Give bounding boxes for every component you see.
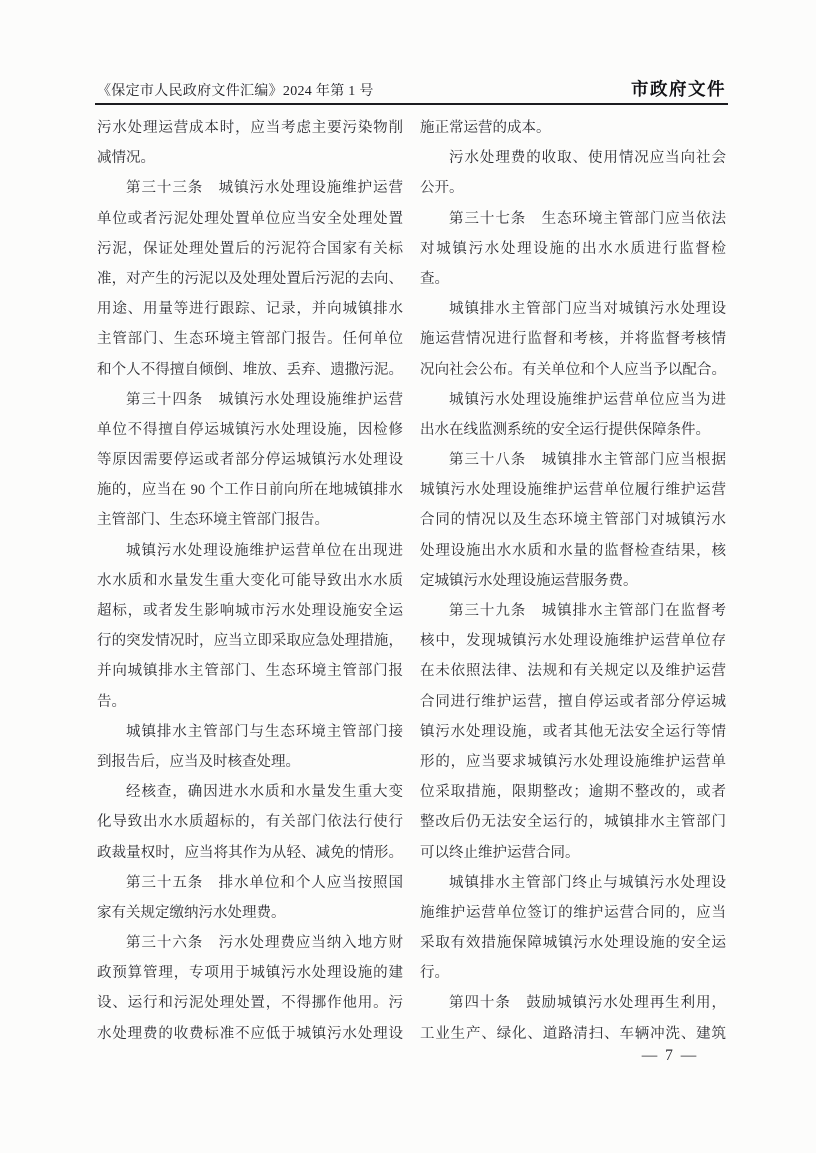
text-line: 主管部门、生态环境主管部门报告。 [97, 505, 403, 535]
text-line: 行的突发情况时，应当立即采取应急处理措施， [97, 626, 403, 656]
text-line: 城镇污水处理设施维护运营单位履行维护运营 [420, 475, 726, 505]
text-line: 采取有效措施保障城镇污水处理设施的安全运 [420, 928, 726, 958]
text-line: 况向社会公布。有关单位和个人应当予以配合。 [420, 355, 726, 385]
text-line: 城镇排水主管部门与生态环境主管部门接 [97, 717, 403, 747]
text-line: 在未依照法律、法规和有关规定以及维护运营 [420, 656, 726, 686]
header-compilation-title: 《保定市人民政府文件汇编》2024 年第 1 号 [97, 80, 517, 100]
text-line: 行。 [420, 958, 726, 988]
text-line: 定城镇污水处理设施运营服务费。 [420, 566, 726, 596]
text-line: 水处理费的收费标准不应低于城镇污水处理设 [97, 1019, 403, 1049]
text-line: 政预算管理，专项用于城镇污水处理设施的建 [97, 958, 403, 988]
text-line: 告。 [97, 687, 403, 717]
text-line: 污水处理运营成本时，应当考虑主要污染物削 [97, 113, 403, 143]
text-line: 核中，发现城镇污水处理设施维护运营单位存 [420, 626, 726, 656]
text-line: 城镇排水主管部门终止与城镇污水处理设 [420, 868, 726, 898]
text-line: 施正常运营的成本。 [420, 113, 726, 143]
text-line: 第四十条 鼓励城镇污水处理再生利用， [420, 988, 726, 1018]
text-line: 合同进行维护运营，擅自停运或者部分停运城 [420, 687, 726, 717]
text-line: 查。 [420, 264, 726, 294]
text-line: 第三十八条 城镇排水主管部门应当根据 [420, 445, 726, 475]
header-divider-rule [95, 103, 728, 105]
text-line: 第三十七条 生态环境主管部门应当依法 [420, 204, 726, 234]
text-line: 第三十六条 污水处理费应当纳入地方财 [97, 928, 403, 958]
text-line: 超标，或者发生影响城市污水处理设施安全运 [97, 596, 403, 626]
text-line: 第三十九条 城镇排水主管部门在监督考 [420, 596, 726, 626]
text-line: 合同的情况以及生态环境主管部门对城镇污水 [420, 505, 726, 535]
text-line: 第三十四条 城镇污水处理设施维护运营 [97, 385, 403, 415]
text-line: 对城镇污水处理设施的出水水质进行监督检 [420, 234, 726, 264]
left-column: 污水处理运营成本时，应当考虑主要污染物削减情况。第三十三条 城镇污水处理设施维护… [97, 113, 403, 1049]
text-line: 公开。 [420, 173, 726, 203]
text-line: 和个人不得擅自倾倒、堆放、丢弃、遗撒污泥。 [97, 355, 403, 385]
header-document-category: 市政府文件 [631, 76, 726, 101]
text-line: 单位或者污泥处理处置单位应当安全处理处置 [97, 204, 403, 234]
text-line: 可以终止维护运营合同。 [420, 838, 726, 868]
page-number: — 7 — [600, 1041, 740, 1071]
document-page: 《保定市人民政府文件汇编》2024 年第 1 号 市政府文件 污水处理运营成本时… [0, 0, 816, 1153]
text-line: 家有关规定缴纳污水处理费。 [97, 898, 403, 928]
text-line: 政裁量权时，应当将其作为从轻、减免的情形。 [97, 838, 403, 868]
text-line: 污水处理费的收取、使用情况应当向社会 [420, 143, 726, 173]
text-line: 经核查，确因进水水质和水量发生重大变 [97, 777, 403, 807]
text-line: 镇污水处理设施，或者其他无法安全运行等情 [420, 717, 726, 747]
text-line: 处理设施出水水质和水量的监督检查结果，核 [420, 536, 726, 566]
text-line: 等原因需要停运或者部分停运城镇污水处理设 [97, 445, 403, 475]
text-line: 城镇污水处理设施维护运营单位应当为进 [420, 385, 726, 415]
text-line: 施的，应当在 90 个工作日前向所在地城镇排水 [97, 475, 403, 505]
right-column: 施正常运营的成本。污水处理费的收取、使用情况应当向社会公开。第三十七条 生态环境… [420, 113, 726, 1049]
text-line: 城镇排水主管部门应当对城镇污水处理设 [420, 294, 726, 324]
text-line: 设、运行和污泥处理处置，不得挪作他用。污 [97, 988, 403, 1018]
text-line: 用途、用量等进行跟踪、记录，并向城镇排水 [97, 294, 403, 324]
text-line: 施运营情况进行监督和考核，并将监督考核情 [420, 324, 726, 354]
text-line: 整改后仍无法安全运行的，城镇排水主管部门 [420, 807, 726, 837]
text-line: 水水质和水量发生重大变化可能导致出水水质 [97, 566, 403, 596]
text-line: 第三十三条 城镇污水处理设施维护运营 [97, 173, 403, 203]
text-line: 城镇污水处理设施维护运营单位在出现进 [97, 536, 403, 566]
text-line: 减情况。 [97, 143, 403, 173]
text-line: 并向城镇排水主管部门、生态环境主管部门报 [97, 656, 403, 686]
text-line: 形的，应当要求城镇污水处理设施维护运营单 [420, 747, 726, 777]
text-line: 施维护运营单位签订的维护运营合同的，应当 [420, 898, 726, 928]
text-line: 出水在线监测系统的安全运行提供保障条件。 [420, 415, 726, 445]
text-line: 单位不得擅自停运城镇污水处理设施，因检修 [97, 415, 403, 445]
text-line: 准，对产生的污泥以及处理处置后污泥的去向、 [97, 264, 403, 294]
text-line: 化导致出水水质超标的，有关部门依法行使行 [97, 807, 403, 837]
text-line: 到报告后，应当及时核查处理。 [97, 747, 403, 777]
text-line: 位采取措施，限期整改；逾期不整改的，或者 [420, 777, 726, 807]
text-line: 主管部门、生态环境主管部门报告。任何单位 [97, 324, 403, 354]
text-line: 污泥，保证处理处置后的污泥符合国家有关标 [97, 234, 403, 264]
text-line: 第三十五条 排水单位和个人应当按照国 [97, 868, 403, 898]
